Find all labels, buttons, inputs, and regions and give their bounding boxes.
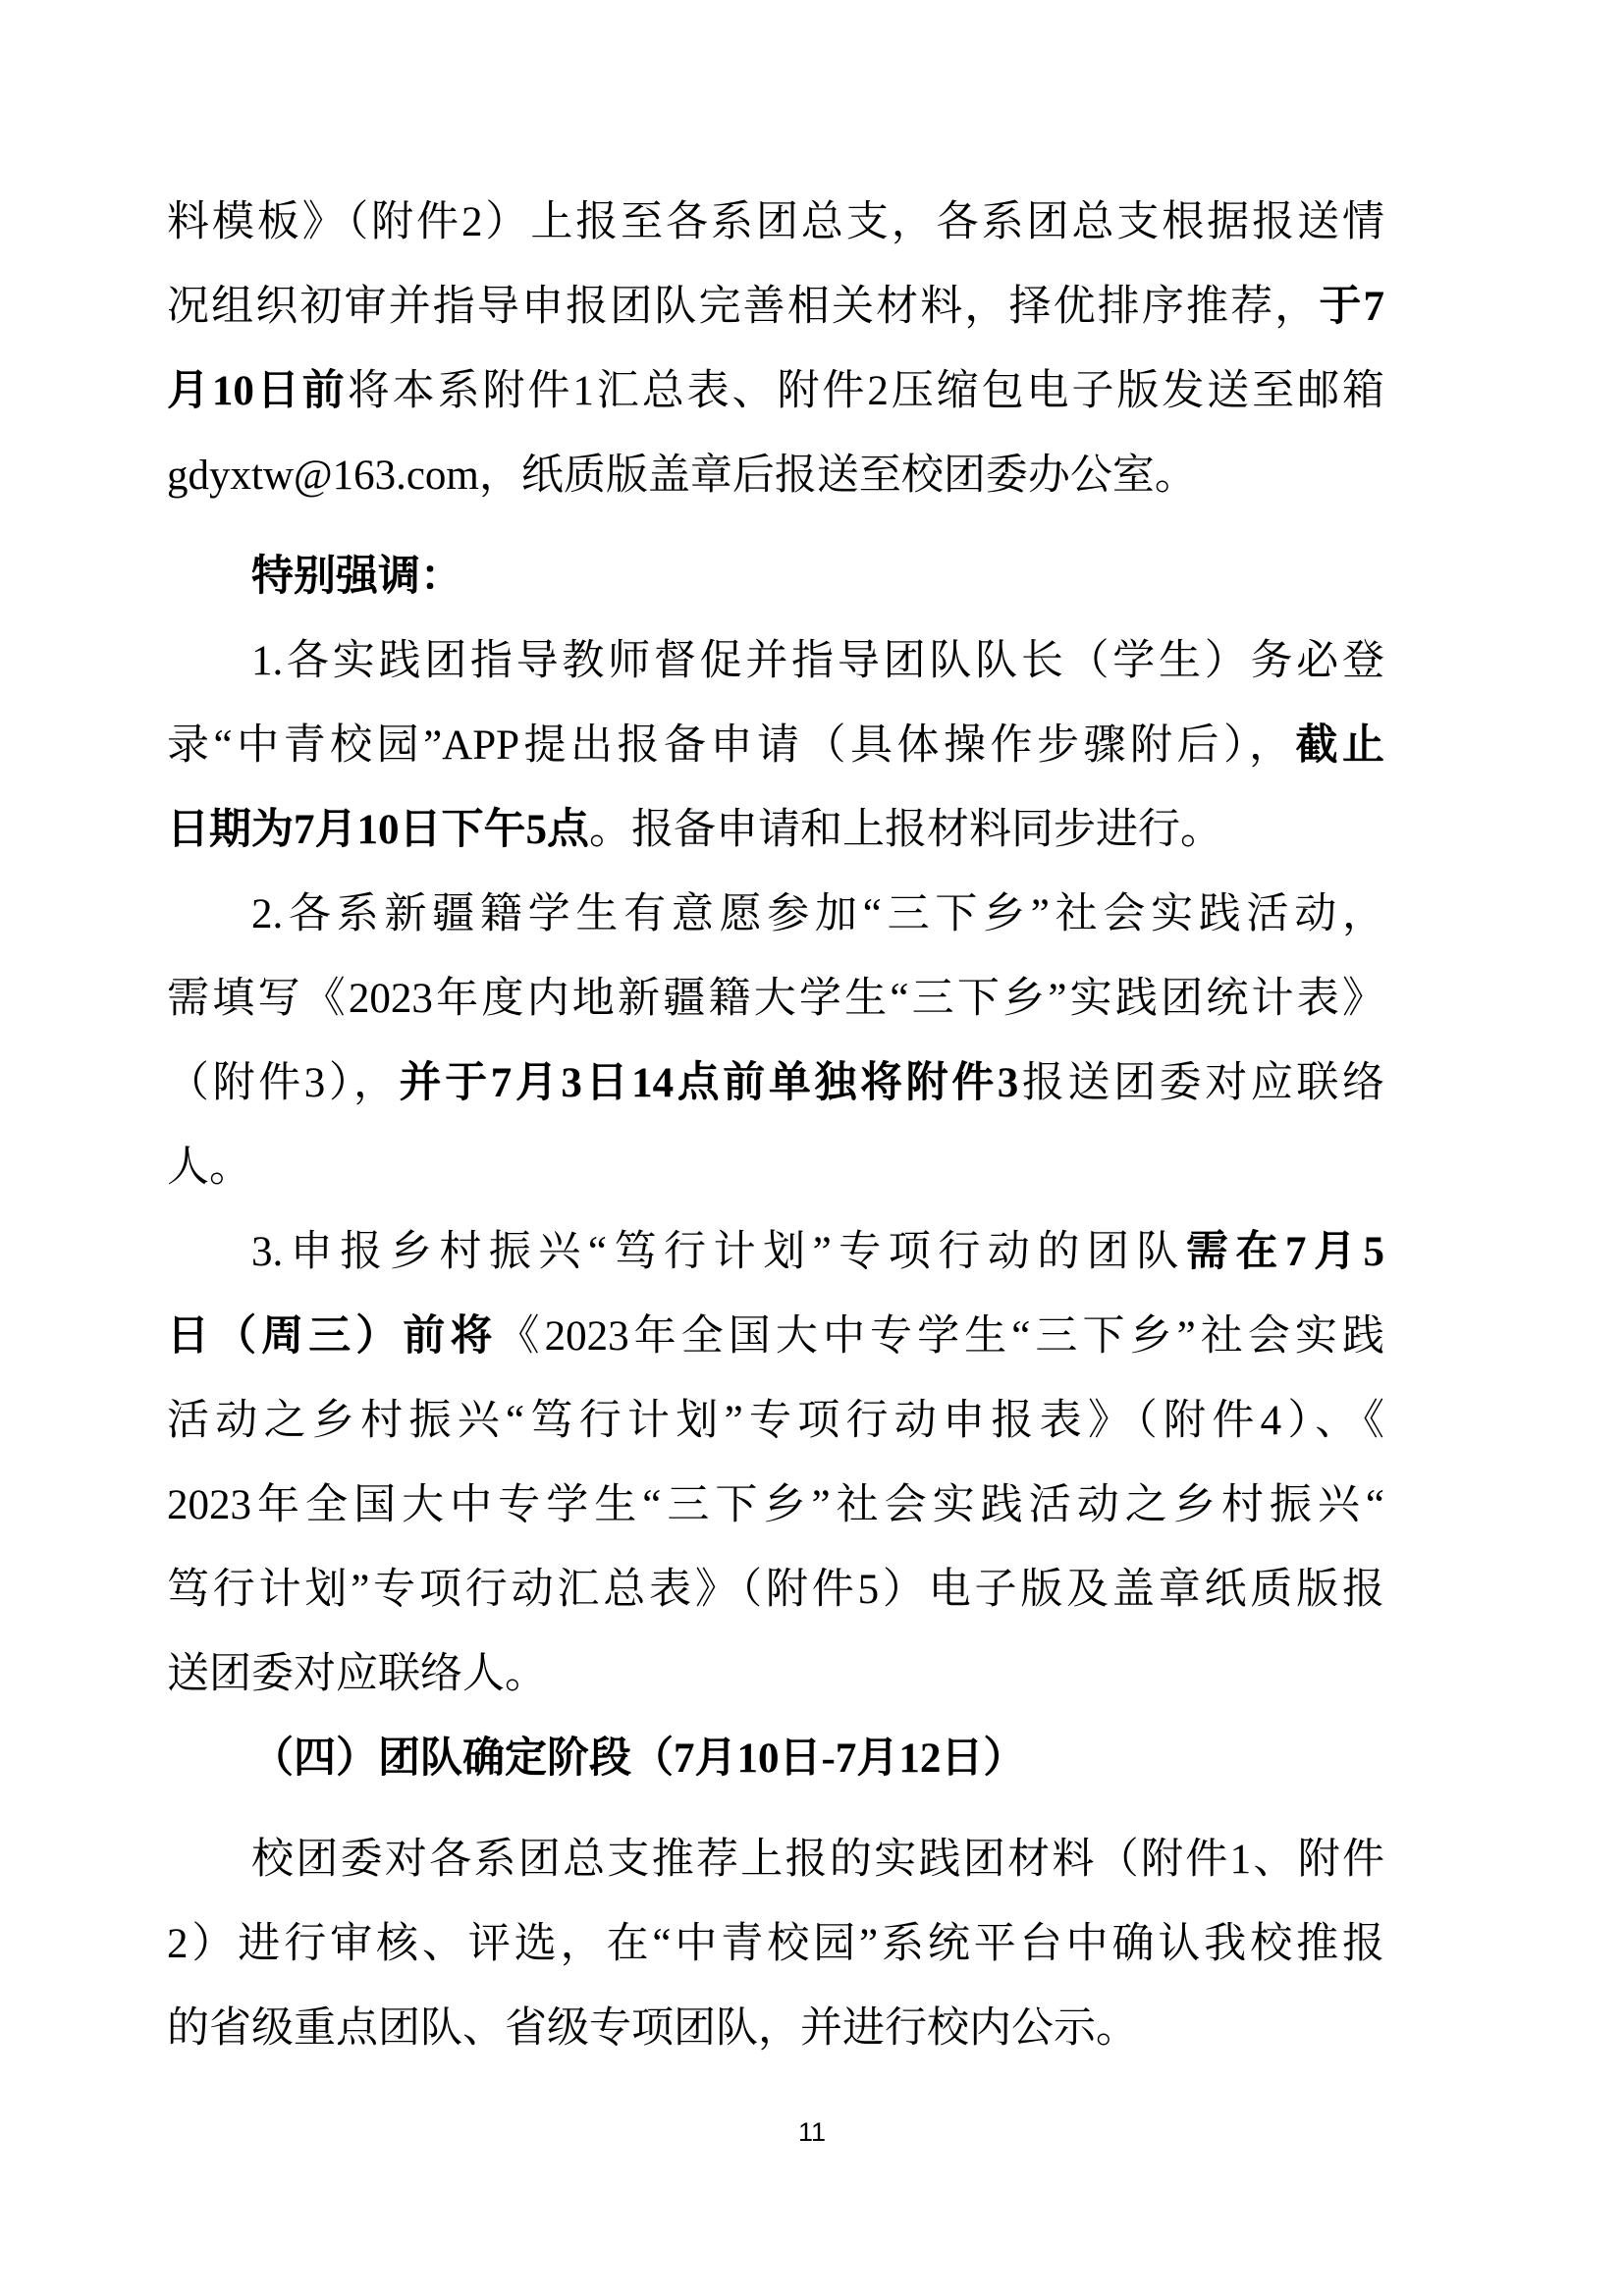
text-line: 2）进行审核、评选，在“中青校园”系统平台中确认我校推报 [167,1902,1384,1987]
text-run: 况组织初审并指导申报团队完善相关材料，择优排序推荐， [167,284,1319,330]
text-run: 笃行计划”专项行动汇总表》（附件5）电子版及盖章纸质版报 [167,1567,1384,1613]
text-run: 录“中青校园”APP提出报备申请（具体操作步骤附后）， [167,722,1296,769]
heading-stage-4-team-confirmation: （四）团队确定阶段（7月10日-7月12日） [167,1717,1384,1801]
text-line: 校团委对各系团总支推荐上报的实践团材料（附件1、附件 [167,1818,1384,1902]
page-content: 料模板》（附件2）上报至各系团总支，各系团总支根据报送情 况组织初审并指导申报团… [167,181,1384,2071]
paragraph-item-2: 2.各系新疆籍学生有意愿参加“三下乡”社会实践活动， 需填写《2023年度内地新… [167,873,1384,1210]
text-line: 况组织初审并指导申报团队完善相关材料，择优排序推荐，于7 [167,265,1384,349]
text-run: 送团委对应联络人。 [167,1651,547,1697]
text-line: 录“中青校园”APP提出报备申请（具体操作步骤附后），截止 [167,704,1384,788]
text-run: 活动之乡村振兴“笃行计划”专项行动申报表》（附件4）、《 [167,1398,1384,1444]
deadline-emphasis: 需在7月5 [1186,1229,1384,1275]
text-line: 日（周三）前将《2023年全国大中专学生“三下乡”社会实践 [167,1295,1384,1379]
heading-special-emphasis: 特别强调： [167,535,1384,619]
text-run: 的省级重点团队、省级专项团队，并进行校内公示。 [167,2005,1138,2052]
page-number: 11 [0,2112,1624,2152]
text-line: 笃行计划”专项行动汇总表》（附件5）电子版及盖章纸质版报 [167,1548,1384,1632]
text-run: 。报备申请和上报材料同步进行。 [589,807,1222,853]
deadline-emphasis: 月10日前 [167,368,348,414]
text-run: 2.各系新疆籍学生有意愿参加“三下乡”社会实践活动， [251,891,1384,937]
text-line: （四）团队确定阶段（7月10日-7月12日） [167,1717,1384,1801]
text-run: 将本系附件1汇总表、附件2压缩包电子版发送至邮箱 [348,368,1384,414]
text-run: （附件3）， [167,1060,400,1106]
text-run: 2023年全国大中专学生“三下乡”社会实践活动之乡村振兴“ [167,1482,1384,1528]
deadline-emphasis: 并于7月3日14点前单独将附件3 [400,1060,1019,1106]
text-run: 报送团委对应联络 [1018,1060,1384,1106]
paragraph-submission-continuation: 料模板》（附件2）上报至各系团总支，各系团总支根据报送情 况组织初审并指导申报团… [167,181,1384,518]
text-run: 校团委对各系团总支推荐上报的实践团材料（附件1、附件 [251,1837,1384,1883]
heading-text: 特别强调： [251,554,462,600]
text-run: 1.各实践团指导教师督促并指导团队队长（学生）务必登 [251,638,1384,684]
text-run: 人。 [167,1145,251,1191]
document-page: 料模板》（附件2）上报至各系团总支，各系团总支根据报送情 况组织初审并指导申报团… [0,0,1624,2296]
text-line: 需填写《2023年度内地新疆籍大学生“三下乡”实践团统计表》 [167,957,1384,1041]
text-line: 1.各实践团指导教师督促并指导团队队长（学生）务必登 [167,619,1384,704]
text-line: 的省级重点团队、省级专项团队，并进行校内公示。 [167,1987,1384,2071]
text-line: 2023年全国大中专学生“三下乡”社会实践活动之乡村振兴“ [167,1464,1384,1548]
text-line: （附件3），并于7月3日14点前单独将附件3报送团委对应联络 [167,1041,1384,1126]
deadline-emphasis: 截止 [1296,722,1385,769]
deadline-emphasis: 于7 [1319,284,1384,330]
text-line: 月10日前将本系附件1汇总表、附件2压缩包电子版发送至邮箱 [167,349,1384,434]
deadline-emphasis: 日（周三）前将 [167,1313,498,1360]
text-line-email: gdyxtw@163.com，纸质版盖章后报送至校团委办公室。 [167,434,1384,518]
deadline-emphasis: 日期为7月10日下午5点 [167,807,589,853]
text-line: 特别强调： [167,535,1384,619]
text-line: 送团委对应联络人。 [167,1632,1384,1717]
text-line: 活动之乡村振兴“笃行计划”专项行动申报表》（附件4）、《 [167,1379,1384,1464]
text-run: 3.申报乡村振兴“笃行计划”专项行动的团队 [251,1229,1186,1275]
paragraph-committee-review: 校团委对各系团总支推荐上报的实践团材料（附件1、附件 2）进行审核、评选，在“中… [167,1818,1384,2071]
text-line: 料模板》（附件2）上报至各系团总支，各系团总支根据报送情 [167,181,1384,265]
text-run: 料模板》（附件2）上报至各系团总支，各系团总支根据报送情 [167,199,1384,245]
heading-text: （四）团队确定阶段（7月10日-7月12日） [251,1735,1025,1782]
text-line: 人。 [167,1126,1384,1210]
text-run: 需填写《2023年度内地新疆籍大学生“三下乡”实践团统计表》 [167,976,1384,1022]
text-run: 2）进行审核、评选，在“中青校园”系统平台中确认我校推报 [167,1921,1384,1967]
email-text: gdyxtw@163.com，纸质版盖章后报送至校团委办公室。 [167,453,1197,499]
text-line: 日期为7月10日下午5点。报备申请和上报材料同步进行。 [167,788,1384,873]
paragraph-item-3: 3.申报乡村振兴“笃行计划”专项行动的团队需在7月5 日（周三）前将《2023年… [167,1210,1384,1717]
paragraph-item-1: 1.各实践团指导教师督促并指导团队队长（学生）务必登 录“中青校园”APP提出报… [167,619,1384,873]
text-line: 3.申报乡村振兴“笃行计划”专项行动的团队需在7月5 [167,1210,1384,1295]
text-line: 2.各系新疆籍学生有意愿参加“三下乡”社会实践活动， [167,873,1384,957]
text-run: 《2023年全国大中专学生“三下乡”社会实践 [498,1313,1385,1360]
